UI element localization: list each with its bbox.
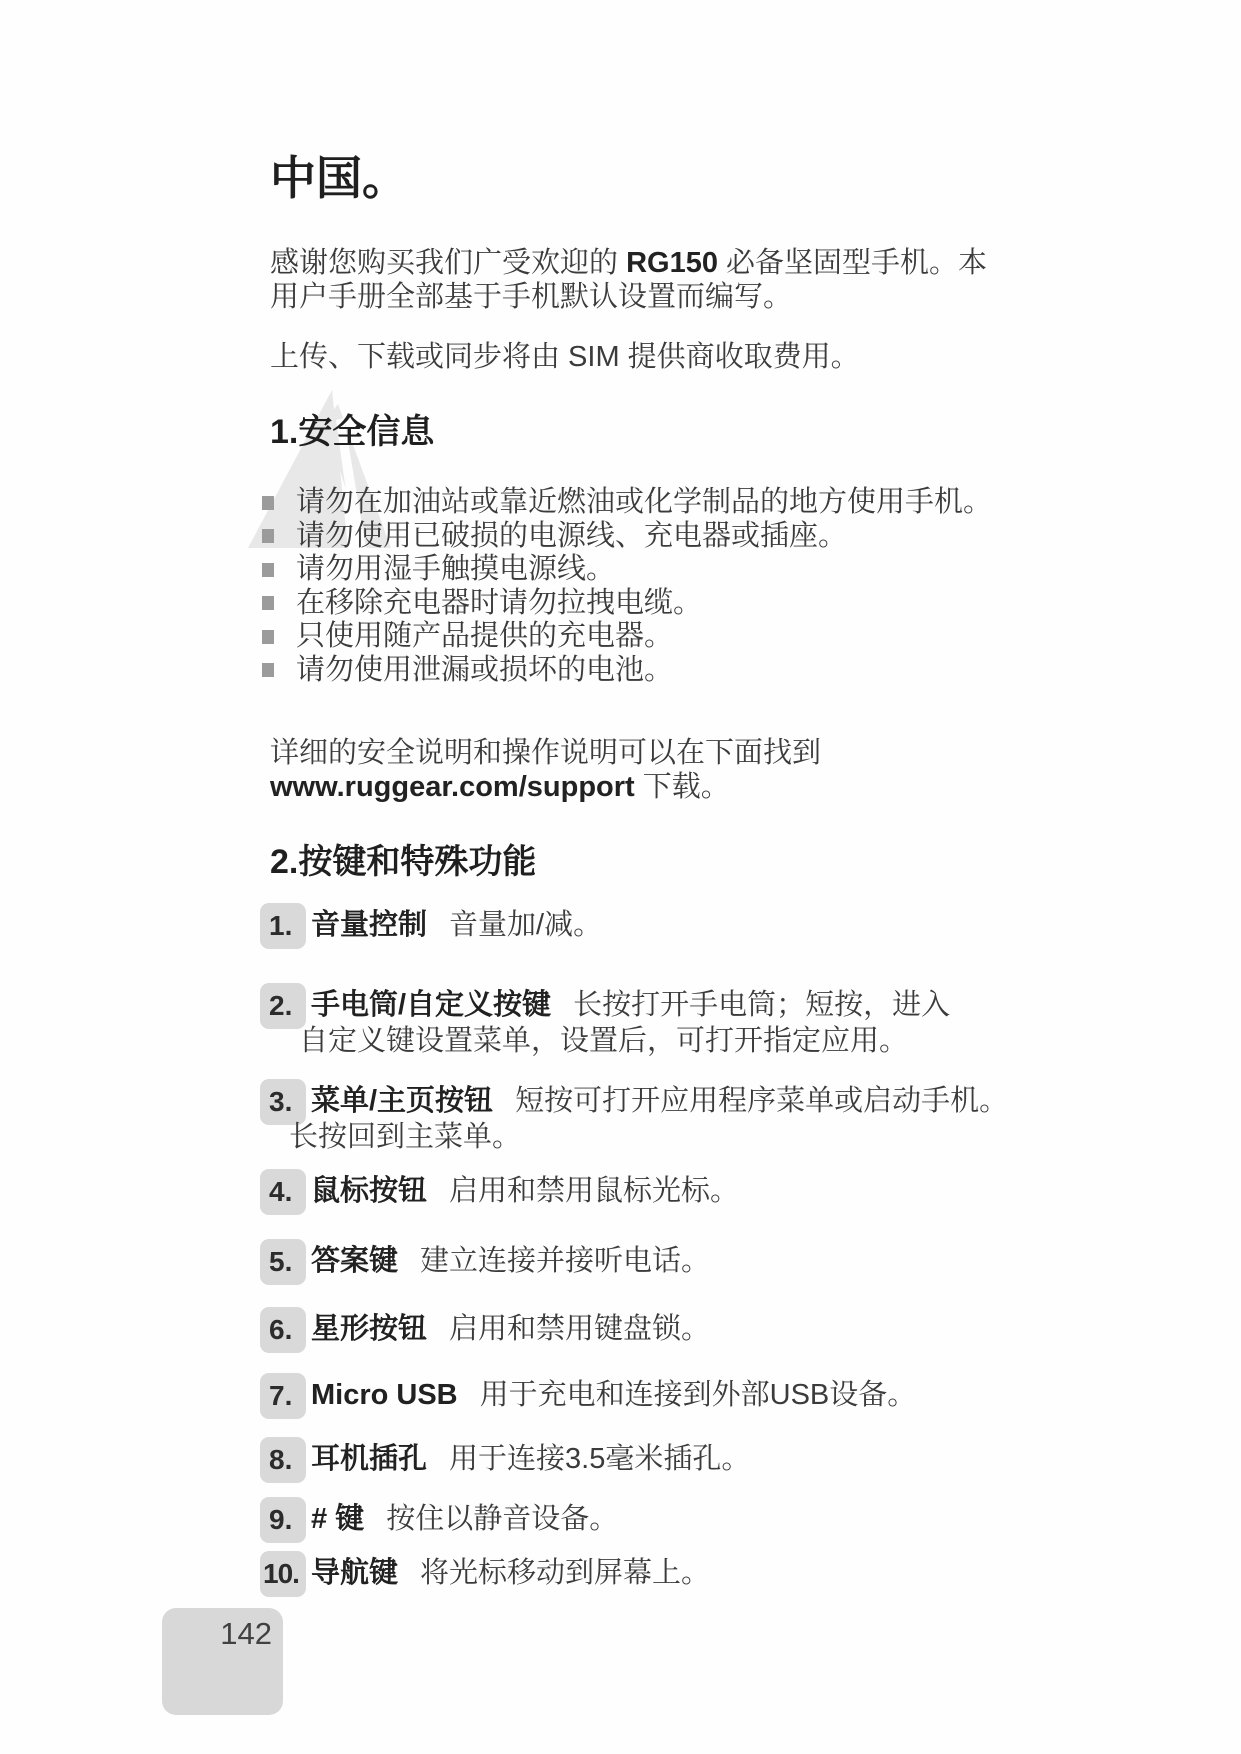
- page-title: 中国。: [270, 152, 1061, 204]
- item-text: 星形按钮启用和禁用键盘锁。: [306, 1307, 710, 1347]
- item-number-badge: 3.: [260, 1079, 306, 1125]
- item-number-badge: 8.: [260, 1437, 306, 1483]
- item-desc-line2: 自定义键设置菜单，设置后，可打开指定应用。: [299, 1025, 908, 1057]
- item-term: 音量控制: [311, 909, 427, 941]
- support-text-1: 详细的安全说明和操作说明可以在下面找到: [270, 737, 821, 769]
- item-desc: 长按打开手电筒；短按，进入: [573, 989, 950, 1021]
- item-number-badge: 1.: [260, 903, 306, 949]
- item-text: 耳机插孔用于连接3.5毫米插孔。: [306, 1437, 750, 1477]
- item-desc: 启用和禁用鼠标光标。: [449, 1175, 739, 1207]
- bullet-item: 请勿在加油站或靠近燃油或化学制品的地方使用手机。: [262, 486, 1061, 520]
- intro-text-3: 用户手册全部基于手机默认设置而编写。: [270, 281, 792, 313]
- item-desc-line2: 长按回到主菜单。: [289, 1121, 521, 1153]
- page-content: 中国。 感谢您购买我们广受欢迎的 RG150 必备坚固型手机。本用户手册全部基于…: [0, 152, 1241, 1597]
- key-item-5: 5. 答案键建立连接并接听电话。: [260, 1239, 1061, 1285]
- item-desc: 将光标移动到屏幕上。: [420, 1557, 710, 1589]
- item-desc: 建立连接并接听电话。: [420, 1245, 710, 1277]
- item-desc: 音量加/减。: [449, 909, 602, 941]
- item-number-badge: 4.: [260, 1169, 306, 1215]
- item-text: 鼠标按钮启用和禁用鼠标光标。: [306, 1169, 739, 1209]
- intro-text-2: 必备坚固型手机。本: [718, 247, 987, 279]
- item-number-badge: 7.: [260, 1373, 306, 1419]
- item-text: 菜单/主页按钮短按可打开应用程序菜单或启动手机。长按回到主菜单。: [306, 1079, 1008, 1155]
- item-text: 音量控制音量加/减。: [306, 903, 602, 943]
- page-number-box: 142: [162, 1608, 283, 1715]
- item-text: 答案键建立连接并接听电话。: [306, 1239, 710, 1279]
- bullet-square-icon: [262, 596, 274, 610]
- key-item-4: 4. 鼠标按钮启用和禁用鼠标光标。: [260, 1169, 1061, 1215]
- bullet-text: 请勿在加油站或靠近燃油或化学制品的地方使用手机。: [296, 486, 992, 520]
- key-item-2: 2. 手电筒/自定义按键长按打开手电筒；短按，进入自定义键设置菜单，设置后，可打…: [260, 983, 1061, 1059]
- bullet-text: 请勿使用已破损的电源线、充电器或插座。: [296, 520, 847, 554]
- item-number-badge: 10.: [260, 1551, 306, 1597]
- bullet-square-icon: [262, 529, 274, 543]
- model-name: RG150: [626, 247, 718, 279]
- key-item-9: 9. # 键按住以静音设备。: [260, 1497, 1061, 1543]
- item-term: 耳机插孔: [311, 1443, 427, 1475]
- item-number-badge: 2.: [260, 983, 306, 1029]
- bullet-item: 在移除充电器时请勿拉拽电缆。: [262, 587, 1061, 621]
- bullet-square-icon: [262, 630, 274, 644]
- bullet-text: 只使用随产品提供的充电器。: [296, 620, 673, 654]
- key-item-1: 1. 音量控制音量加/减。: [260, 903, 1061, 949]
- item-term: # 键: [311, 1503, 364, 1535]
- item-text: 手电筒/自定义按键长按打开手电筒；短按，进入自定义键设置菜单，设置后，可打开指定…: [306, 983, 950, 1059]
- item-term: 答案键: [311, 1245, 398, 1277]
- section1-heading: 1.安全信息: [270, 414, 1061, 450]
- support-url: www.ruggear.com/support: [270, 771, 635, 803]
- item-desc: 用于充电和连接到外部USB设备。: [480, 1379, 917, 1411]
- bullet-item: 请勿使用泄漏或损坏的电池。: [262, 654, 1061, 688]
- bullet-text: 在移除充电器时请勿拉拽电缆。: [296, 587, 702, 621]
- bullet-item: 请勿使用已破损的电源线、充电器或插座。: [262, 520, 1061, 554]
- item-term: 鼠标按钮: [311, 1175, 427, 1207]
- key-item-6: 6. 星形按钮启用和禁用键盘锁。: [260, 1307, 1061, 1353]
- support-paragraph: 详细的安全说明和操作说明可以在下面找到www.ruggear.com/suppo…: [270, 736, 1061, 804]
- bullet-square-icon: [262, 496, 274, 510]
- intro-text-1: 感谢您购买我们广受欢迎的: [270, 247, 626, 279]
- intro-paragraph: 感谢您购买我们广受欢迎的 RG150 必备坚固型手机。本用户手册全部基于手机默认…: [270, 246, 1061, 314]
- key-item-7: 7. Micro USB用于充电和连接到外部USB设备。: [260, 1373, 1061, 1419]
- page-number: 142: [220, 1616, 272, 1651]
- key-item-3: 3. 菜单/主页按钮短按可打开应用程序菜单或启动手机。长按回到主菜单。: [260, 1079, 1061, 1155]
- bullet-square-icon: [262, 663, 274, 677]
- item-text: # 键按住以静音设备。: [306, 1497, 618, 1537]
- support-text-2: 下载。: [635, 771, 730, 803]
- safety-bullet-list: 请勿在加油站或靠近燃油或化学制品的地方使用手机。 请勿使用已破损的电源线、充电器…: [270, 486, 1061, 687]
- item-desc: 短按可打开应用程序菜单或启动手机。: [515, 1085, 1008, 1117]
- sim-fee-note: 上传、下载或同步将由 SIM 提供商收取费用。: [270, 340, 1061, 374]
- item-term: 导航键: [311, 1557, 398, 1589]
- item-text: 导航键将光标移动到屏幕上。: [306, 1551, 710, 1591]
- item-number-badge: 5.: [260, 1239, 306, 1285]
- section2-heading: 2.按键和特殊功能: [270, 844, 1061, 880]
- key-function-list: 1. 音量控制音量加/减。 2. 手电筒/自定义按键长按打开手电筒；短按，进入自…: [270, 903, 1061, 1597]
- item-term: 星形按钮: [311, 1313, 427, 1345]
- item-desc: 启用和禁用键盘锁。: [449, 1313, 710, 1345]
- item-desc: 用于连接3.5毫米插孔。: [449, 1443, 750, 1475]
- bullet-square-icon: [262, 563, 274, 577]
- key-item-8: 8. 耳机插孔用于连接3.5毫米插孔。: [260, 1437, 1061, 1483]
- item-term: 菜单/主页按钮: [311, 1085, 493, 1117]
- item-number-badge: 9.: [260, 1497, 306, 1543]
- manual-page: 中国。 感谢您购买我们广受欢迎的 RG150 必备坚固型手机。本用户手册全部基于…: [0, 0, 1241, 1754]
- item-text: Micro USB用于充电和连接到外部USB设备。: [306, 1373, 916, 1413]
- item-term: Micro USB: [311, 1379, 458, 1411]
- bullet-text: 请勿使用泄漏或损坏的电池。: [296, 654, 673, 688]
- bullet-item: 请勿用湿手触摸电源线。: [262, 553, 1061, 587]
- item-number-badge: 6.: [260, 1307, 306, 1353]
- bullet-text: 请勿用湿手触摸电源线。: [296, 553, 615, 587]
- item-desc: 按住以静音设备。: [386, 1503, 618, 1535]
- bullet-item: 只使用随产品提供的充电器。: [262, 620, 1061, 654]
- item-term: 手电筒/自定义按键: [311, 989, 551, 1021]
- key-item-10: 10. 导航键将光标移动到屏幕上。: [260, 1551, 1061, 1597]
